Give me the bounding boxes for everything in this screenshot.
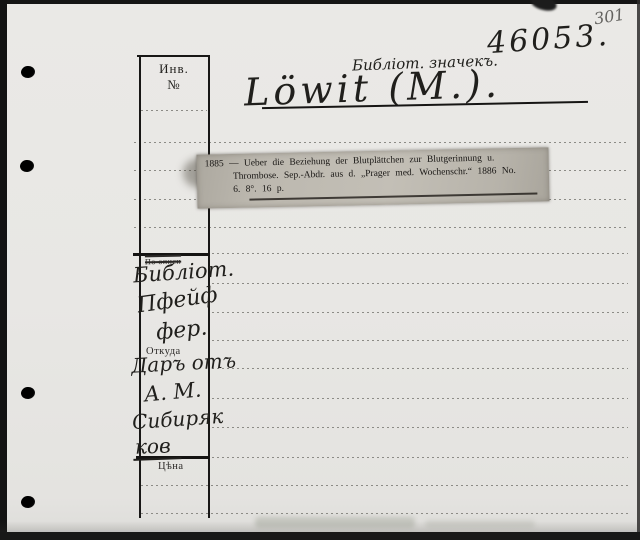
accession-number: 46053. — [486, 18, 611, 61]
inventory-column-top-rule — [137, 55, 210, 57]
showthrough-smudge — [255, 517, 415, 528]
price-field-label: Цѣна — [158, 461, 184, 472]
dotted-rule — [212, 427, 628, 428]
handwritten-entry: фер. — [155, 315, 209, 345]
ink-blotch — [530, 0, 559, 13]
catalog-card-scan: Инв. № 301 46053. Библіот. значекъ. Löwi… — [0, 0, 640, 540]
handwritten-origin: ков — [133, 433, 182, 461]
dotted-rule — [141, 110, 207, 111]
dotted-rule — [212, 368, 628, 369]
handwritten-origin: Даръ отъ — [130, 348, 236, 377]
punch-hole — [20, 65, 36, 79]
dotted-rule — [212, 312, 628, 313]
handwritten-entry: Пфейф — [136, 282, 220, 318]
dotted-rule — [212, 253, 628, 254]
dotted-rule — [212, 340, 628, 341]
handwritten-origin: Сибиряк — [131, 404, 224, 434]
punch-hole — [20, 386, 36, 400]
handwritten-origin: А. М. — [143, 378, 202, 407]
inventory-header-line2: № — [140, 77, 208, 93]
punch-hole — [19, 159, 35, 173]
inventory-header-line1: Инв. — [140, 61, 208, 77]
showthrough-smudge — [425, 520, 535, 528]
dotted-rule — [212, 457, 628, 458]
bibliography-clipping: 1885 — Ueber die Beziehung der Blutplätt… — [196, 147, 549, 208]
section-divider-thick — [133, 253, 210, 256]
dotted-rule — [212, 283, 628, 284]
dotted-rule — [141, 485, 628, 486]
punch-hole — [20, 495, 36, 509]
dotted-rule — [141, 513, 628, 514]
scan-border-bottom — [0, 532, 640, 540]
dotted-rule — [212, 398, 628, 399]
scan-border-left — [0, 0, 7, 540]
